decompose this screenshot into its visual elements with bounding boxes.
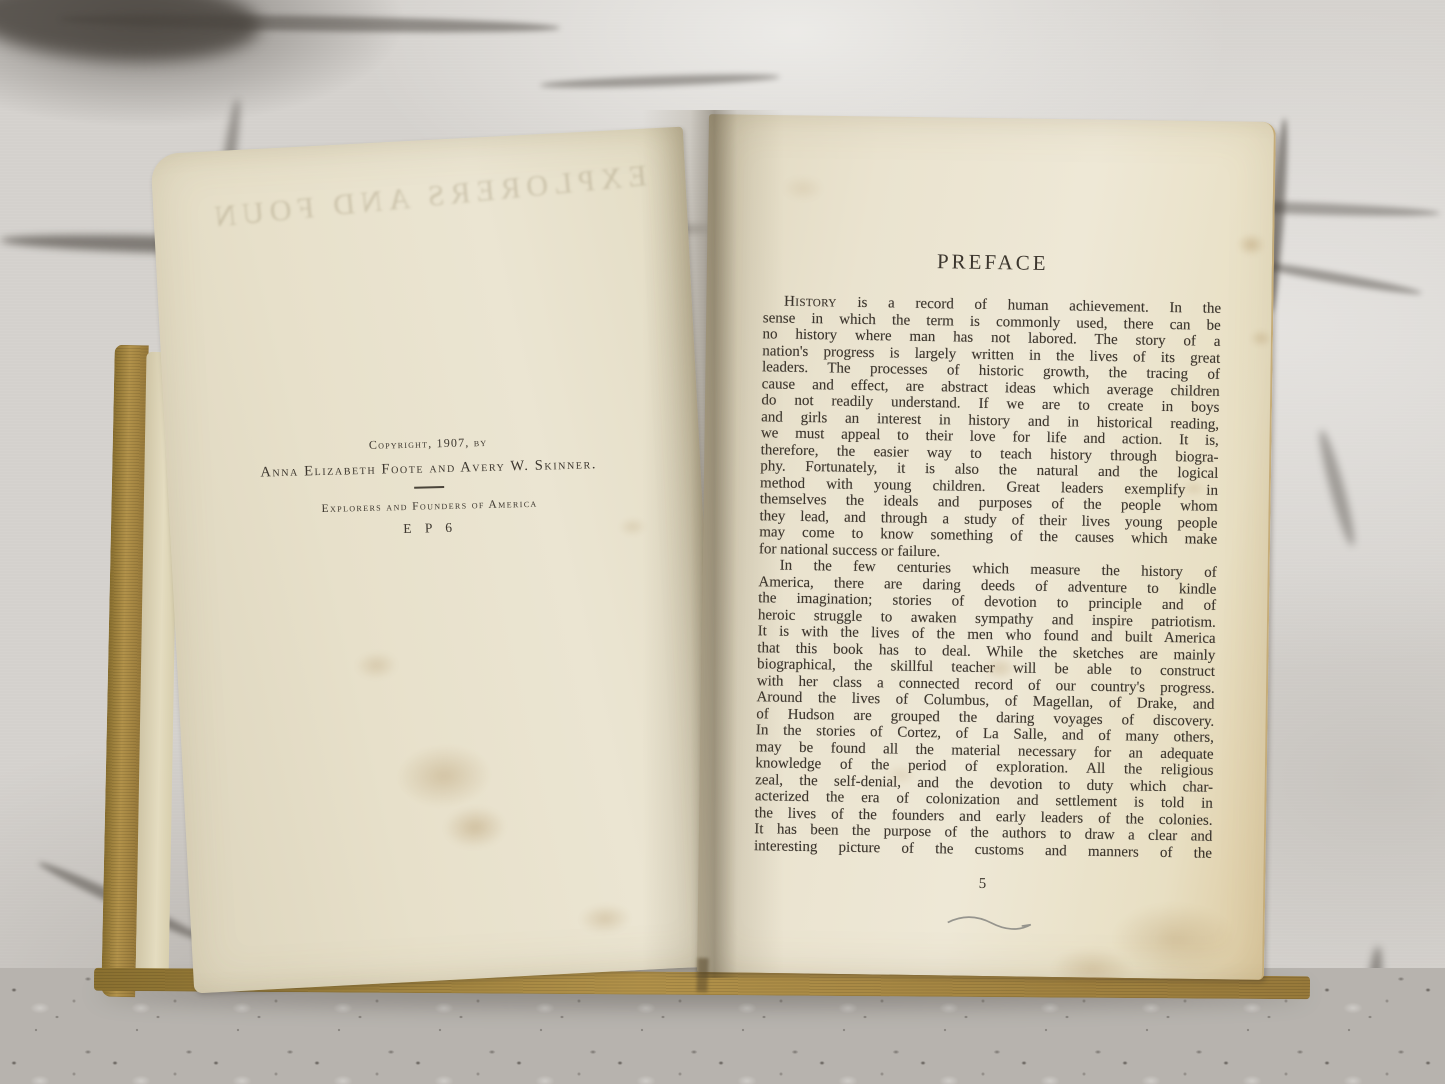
left-page: EXPLORERS AND FOUNDERS OF AMERICA Copyri… xyxy=(150,127,726,994)
foxing-stain xyxy=(443,805,507,850)
authors-line: Anna Elizabeth Foote and Avery W. Skinne… xyxy=(229,456,629,483)
foxing-stain xyxy=(578,902,631,935)
foxing-stain xyxy=(1051,947,1134,990)
preface-heading: PREFACE xyxy=(764,246,1222,279)
book-photo-scene: EXPLORERS AND FOUNDERS OF AMERICA Copyri… xyxy=(0,0,1445,1084)
foxing-stain xyxy=(395,743,493,810)
foxing-stain xyxy=(885,765,917,785)
foxing-stain xyxy=(618,517,647,536)
preface-text-column: PREFACE History is a record of human ach… xyxy=(753,246,1222,897)
printing-code: E P 6 xyxy=(230,515,630,541)
foxing-stain xyxy=(355,650,398,680)
copyright-line: Copyright, 1907, by xyxy=(228,432,628,457)
preface-body: History is a record of human achievement… xyxy=(754,293,1221,862)
foxing-stain xyxy=(981,656,1017,681)
paragraph: History is a record of human achievement… xyxy=(759,293,1221,565)
imprint-rule xyxy=(414,486,444,489)
pencil-mark xyxy=(945,913,1037,938)
foxing-stain xyxy=(1237,233,1265,255)
small-caps-lead-word: History xyxy=(784,294,837,311)
series-title-line: Explorers and Founders of America xyxy=(230,495,630,517)
foxing-stain xyxy=(782,175,824,202)
gutter-notch xyxy=(696,958,708,992)
copyright-imprint-block: Copyright, 1907, by Anna Elizabeth Foote… xyxy=(228,432,630,542)
right-page: PREFACE History is a record of human ach… xyxy=(697,114,1276,980)
foxing-stain xyxy=(1182,481,1206,496)
show-through-title-text: EXPLORERS AND FOUNDERS OF AMERICA xyxy=(207,159,650,257)
foxing-stain xyxy=(1250,330,1272,347)
page-number: 5 xyxy=(753,872,1211,897)
paragraph: In the few centuries which measure the h… xyxy=(754,557,1217,862)
